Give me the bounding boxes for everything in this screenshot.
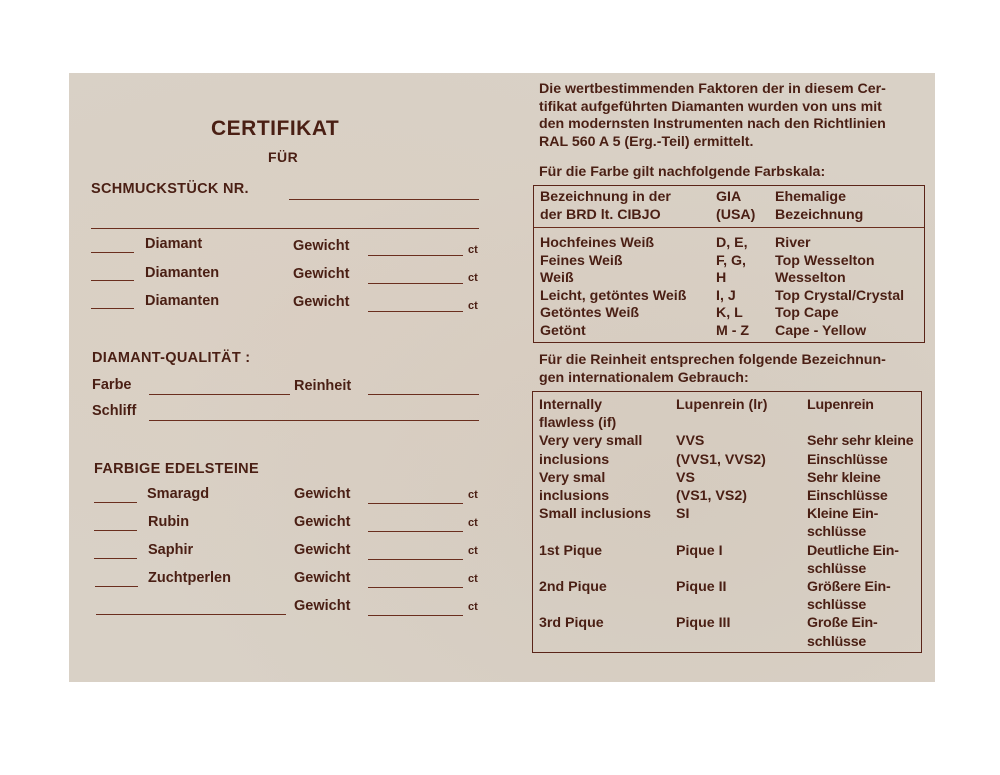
color-col-former: River Top Wesselton Wesselton Top Crysta…	[775, 235, 904, 340]
intro-paragraph: Die wertbestimmenden Faktoren der in die…	[539, 81, 886, 151]
gem-count-field[interactable]	[94, 530, 137, 531]
diamond-count-field[interactable]	[91, 308, 134, 309]
diamond-item-label: Diamant	[145, 236, 202, 252]
cut-label: Schliff	[92, 403, 136, 419]
clarity-table: Internally flawless (if) Very very small…	[532, 391, 922, 653]
gem-count-field[interactable]	[94, 558, 137, 559]
gem-weight-field[interactable]	[368, 615, 463, 616]
clarity-col-german: Lupenrein Sehr sehr kleine Einschlüsse S…	[807, 396, 913, 651]
color-header-former: Ehemalige Bezeichnung	[775, 189, 863, 224]
color-table-divider	[534, 227, 924, 228]
color-label: Farbe	[92, 377, 132, 393]
carat-unit: ct	[468, 300, 478, 312]
carat-unit: ct	[468, 601, 478, 613]
carat-unit: ct	[468, 244, 478, 256]
weight-label: Gewicht	[294, 598, 350, 614]
color-scale-table: Bezeichnung in der der BRD lt. CIBJO GIA…	[533, 185, 925, 343]
color-col-cibjo: Hochfeines Weiß Feines Weiß Weiß Leicht,…	[540, 235, 686, 340]
carat-unit: ct	[468, 517, 478, 529]
intro-line: tifikat aufgeführten Diamanten wurden vo…	[539, 99, 886, 117]
gem-item-label: Saphir	[148, 542, 193, 558]
other-gem-field[interactable]	[96, 614, 286, 615]
weight-label: Gewicht	[294, 570, 350, 586]
color-scale-heading: Für die Farbe gilt nachfolgende Farbskal…	[539, 164, 825, 182]
intro-line: den modernsten Instrumenten nach den Ric…	[539, 116, 886, 134]
gem-count-field[interactable]	[94, 502, 137, 503]
certificate-title: CERTIFIKAT	[211, 117, 339, 141]
gem-weight-field[interactable]	[368, 503, 463, 504]
jewel-number-label: SCHMUCKSTÜCK NR.	[91, 181, 249, 197]
carat-unit: ct	[468, 489, 478, 501]
carat-unit: ct	[468, 272, 478, 284]
diamond-quality-heading: DIAMANT-QUALITÄT :	[92, 350, 250, 366]
gem-item-label: Zuchtperlen	[148, 570, 231, 586]
weight-label: Gewicht	[294, 486, 350, 502]
color-col-gia: D, E, F, G, H I, J K, L M - Z	[716, 235, 749, 340]
diamond-weight-field[interactable]	[368, 283, 463, 284]
gem-item-label: Rubin	[148, 514, 189, 530]
color-header-cibjo: Bezeichnung in der der BRD lt. CIBJO	[540, 189, 671, 224]
jewel-number-field[interactable]	[289, 199, 479, 200]
carat-unit: ct	[468, 573, 478, 585]
diamond-weight-field[interactable]	[368, 311, 463, 312]
diamond-count-field[interactable]	[91, 280, 134, 281]
clarity-label: Reinheit	[294, 378, 351, 394]
clarity-col-international: Internally flawless (if) Very very small…	[539, 396, 651, 633]
intro-line: RAL 560 A 5 (Erg.-Teil) ermittelt.	[539, 134, 886, 152]
gem-weight-field[interactable]	[368, 559, 463, 560]
intro-line: Die wertbestimmenden Faktoren der in die…	[539, 81, 886, 99]
color-field[interactable]	[149, 394, 290, 395]
gem-weight-field[interactable]	[368, 531, 463, 532]
gem-item-label: Smaragd	[147, 486, 209, 502]
carat-unit: ct	[468, 545, 478, 557]
color-header-gia: GIA (USA)	[716, 189, 755, 224]
weight-label: Gewicht	[293, 294, 349, 310]
weight-label: Gewicht	[294, 514, 350, 530]
certificate-subtitle: FÜR	[268, 149, 298, 165]
diamond-item-label: Diamanten	[145, 265, 219, 281]
clarity-field[interactable]	[368, 394, 479, 395]
diamond-item-label: Diamanten	[145, 293, 219, 309]
gem-count-field[interactable]	[95, 586, 138, 587]
weight-label: Gewicht	[293, 238, 349, 254]
diamond-count-field[interactable]	[91, 252, 134, 253]
cut-field[interactable]	[149, 420, 479, 421]
colored-gems-heading: FARBIGE EDELSTEINE	[94, 461, 259, 477]
certificate-card: CERTIFIKAT FÜR SCHMUCKSTÜCK NR. Diamant …	[69, 73, 935, 682]
weight-label: Gewicht	[294, 542, 350, 558]
diamond-weight-field[interactable]	[368, 255, 463, 256]
weight-label: Gewicht	[293, 266, 349, 282]
clarity-heading: Für die Reinheit entsprechen folgende Be…	[539, 352, 886, 387]
jewel-description-field[interactable]	[91, 228, 479, 229]
gem-weight-field[interactable]	[368, 587, 463, 588]
clarity-col-code: Lupenrein (lr) VVS (VVS1, VVS2) VS (VS1,…	[676, 396, 767, 633]
